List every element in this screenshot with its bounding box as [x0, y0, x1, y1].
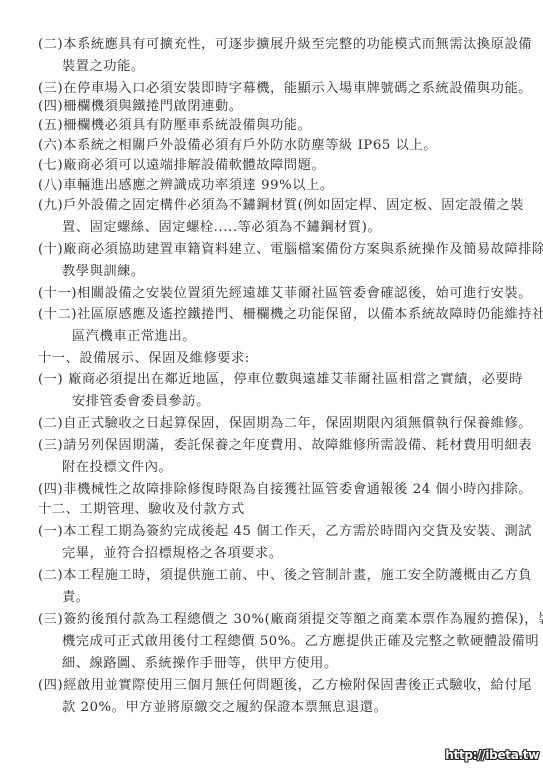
- section-heading: 十二、工期管理、驗收及付款方式: [38, 502, 245, 518]
- watermark-url: http://ibeta.tw: [445, 748, 539, 762]
- doc-line: (一)本工程工期為簽約完成後起 45 個工作天，乙方需於時間內交貨及安裝、測試: [38, 524, 532, 540]
- doc-line: (二)自正式驗收之日起算保固，保固期為二年，保固期限內須無償執行保養維修。: [38, 416, 532, 432]
- doc-line: (十)廠商必須協助建置車籍資料建立、電腦檔案備份方案與系統操作及簡易故障排除: [38, 242, 543, 258]
- doc-line: (二)本工程施工時，須提供施工前、中、後之管制計畫，施工安全防護概由乙方負: [38, 568, 532, 584]
- doc-line: (十一)相關設備之安裝位置須先經遠雄艾菲爾社區管委會確認後，始可進行安裝。: [38, 286, 532, 302]
- doc-line: 裝置之功能。: [62, 59, 145, 75]
- doc-line: 細、線路圖、系統操作手冊等，供甲方使用。: [62, 656, 338, 672]
- doc-line: (三)簽約後預付款為工程總價之 30%(廠商須提交等額之商業本票作為履約擔保)，…: [38, 612, 543, 628]
- doc-line: (五)柵欄機必須具有防壓車系統設備與功能。: [38, 118, 311, 134]
- document-page: (二)本系統應具有可擴充性，可逐步擴展升級至完整的功能模式而無需汰換原設備 裝置…: [0, 0, 543, 768]
- doc-line: (一) 廠商必須提出在鄰近地區，停車位數與遠雄艾菲爾社區相當之實績，必要時: [38, 372, 523, 388]
- section-heading: 十一、設備展示、保固及維修要求:: [38, 351, 250, 367]
- doc-line: (六)本系統之相關戶外設備必須有戶外防水防塵等級 IP65 以上。: [38, 138, 437, 154]
- doc-line: 安排管委會委員參訪。: [72, 394, 210, 410]
- doc-line: (四)非機械性之故障排除修復時限為自接獲社區管委會通報後 24 個小時內排除。: [38, 482, 532, 498]
- doc-line: 完畢，並符合招標規格之各項要求。: [62, 546, 283, 562]
- doc-line: (三)請另列保固期滿，委託保養之年度費用、故障維修所需設備、耗材費用明細表: [38, 438, 532, 454]
- doc-line: (四)柵欄機須與鐵捲門啟閉連動。: [38, 99, 243, 115]
- doc-line: 款 20%。甲方並將原繳交之履約保證本票無息退還。: [62, 700, 387, 716]
- doc-line: (二)本系統應具有可擴充性，可逐步擴展升級至完整的功能模式而無需汰換原設備: [38, 37, 532, 53]
- doc-line: (三)在停車場入口必須安裝即時字幕機，能顯示入場車牌號碼之系統設備與功能。: [38, 81, 532, 97]
- doc-line: 責。: [62, 590, 90, 606]
- doc-line: (四)經啟用並實際使用三個月無任何問題後，乙方檢附保固書後正式驗收，給付尾: [38, 678, 532, 694]
- doc-line: (十二)社區原感應及遙控鐵捲門、柵欄機之功能保留，以備本系統故障時仍能維持社: [38, 307, 543, 323]
- doc-line: (九)戶外設備之固定構件必須為不鏽鋼材質(例如固定桿、固定板、固定設備之裝: [38, 198, 524, 214]
- doc-line: 附在投標文件內。: [62, 460, 172, 476]
- doc-line: 區汽機車正常進出。: [72, 329, 196, 345]
- doc-line: 機完成可正式啟用後付工程總價 50%。乙方應提供正確及完整之軟硬體設備明: [62, 634, 539, 650]
- doc-line: 置、固定螺絲、固定螺栓.....等必須為不鏽鋼材質)。: [62, 220, 381, 236]
- doc-line: (八)車輛進出感應之辨識成功率須達 99%以上。: [38, 178, 334, 194]
- doc-line: (七)廠商必須可以遠端排解設備軟體故障問題。: [38, 158, 325, 174]
- doc-line: 教學與訓練。: [62, 264, 145, 280]
